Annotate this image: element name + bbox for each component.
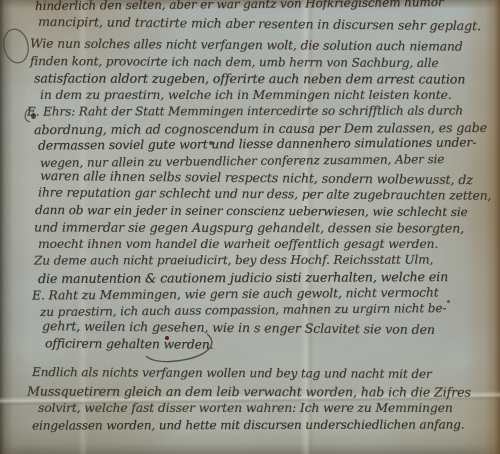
pen-flourish — [146, 334, 212, 362]
horizontal-fold-crease — [0, 391, 500, 406]
manuscript-line: officirern gehalten werden. — [45, 336, 214, 352]
manuscript-line: und immerdar sie gegen Augspurg gehandel… — [34, 219, 464, 235]
ink-speck — [447, 300, 450, 303]
manuscript-line: gehrt, weilen ich gesehen, wie in s enge… — [42, 318, 435, 337]
manuscript-line: wegen, nur allein zu verbuendlicher conf… — [40, 152, 444, 171]
ink-blot — [209, 141, 213, 145]
manuscript-line: finden kont, provocirte ich nach dem, um… — [30, 54, 438, 71]
manuscript-line: Zu deme auch nicht praeiudicirt, bey des… — [34, 253, 433, 269]
manuscript-line: waren alle ihnen selbs soviel respects n… — [40, 168, 473, 187]
manuscript-photo: hinderlich den selten, aber er war gantz… — [0, 0, 500, 454]
manuscript-line: eingelassen worden, und hette mit discur… — [32, 417, 464, 433]
margin-loop-doodle — [1, 27, 32, 65]
vertical-fold-crease-left — [78, 0, 88, 454]
manuscript-line: E. Raht zu Memmingen, wie gern sie auch … — [32, 286, 439, 304]
manuscript-line: die manutention & cautionem judicio sist… — [38, 269, 448, 286]
manuscript-line: hinderlich den selten, aber er war gantz… — [35, 0, 444, 14]
manuscript-line: satisfaction aldort zugeben, offerirte a… — [34, 70, 465, 86]
paper-grain-texture — [0, 0, 500, 454]
manuscript-line: dermassen soviel gute wort und liesse da… — [38, 135, 476, 153]
vertical-fold-crease-right — [300, 0, 314, 454]
manuscript-line: Endlich als nichts verfangen wollen und … — [32, 365, 432, 382]
manuscript-line: ihre reputation gar schlecht und nur des… — [38, 185, 491, 203]
manuscript-line: in dem zu praestirn, welche ich in Memmi… — [40, 88, 452, 103]
ink-blot — [31, 113, 36, 119]
manuscript-line: Wie nun solches alles nicht verfangen wo… — [30, 36, 463, 54]
manuscript-line: zu praestirn, ich auch auss compassion, … — [40, 301, 446, 320]
manuscript-line: abordnung, mich ad cognoscendum in causa… — [34, 120, 487, 137]
ink-flourishes — [0, 0, 500, 454]
manuscript-line: E. Ehrs: Raht der Statt Memmingen interc… — [27, 103, 463, 119]
manuscript-line: mancipirt, und tractirte mich aber resen… — [38, 14, 481, 33]
manuscript-line: dann ob war ein jeder in seiner conscien… — [35, 203, 468, 220]
manuscript-line: moecht ihnen vom handel die warheit oeff… — [38, 237, 438, 252]
paper-stain-texture — [0, 0, 500, 454]
paragraph-initial-flourish — [25, 108, 30, 122]
red-ink-spot — [165, 336, 169, 340]
